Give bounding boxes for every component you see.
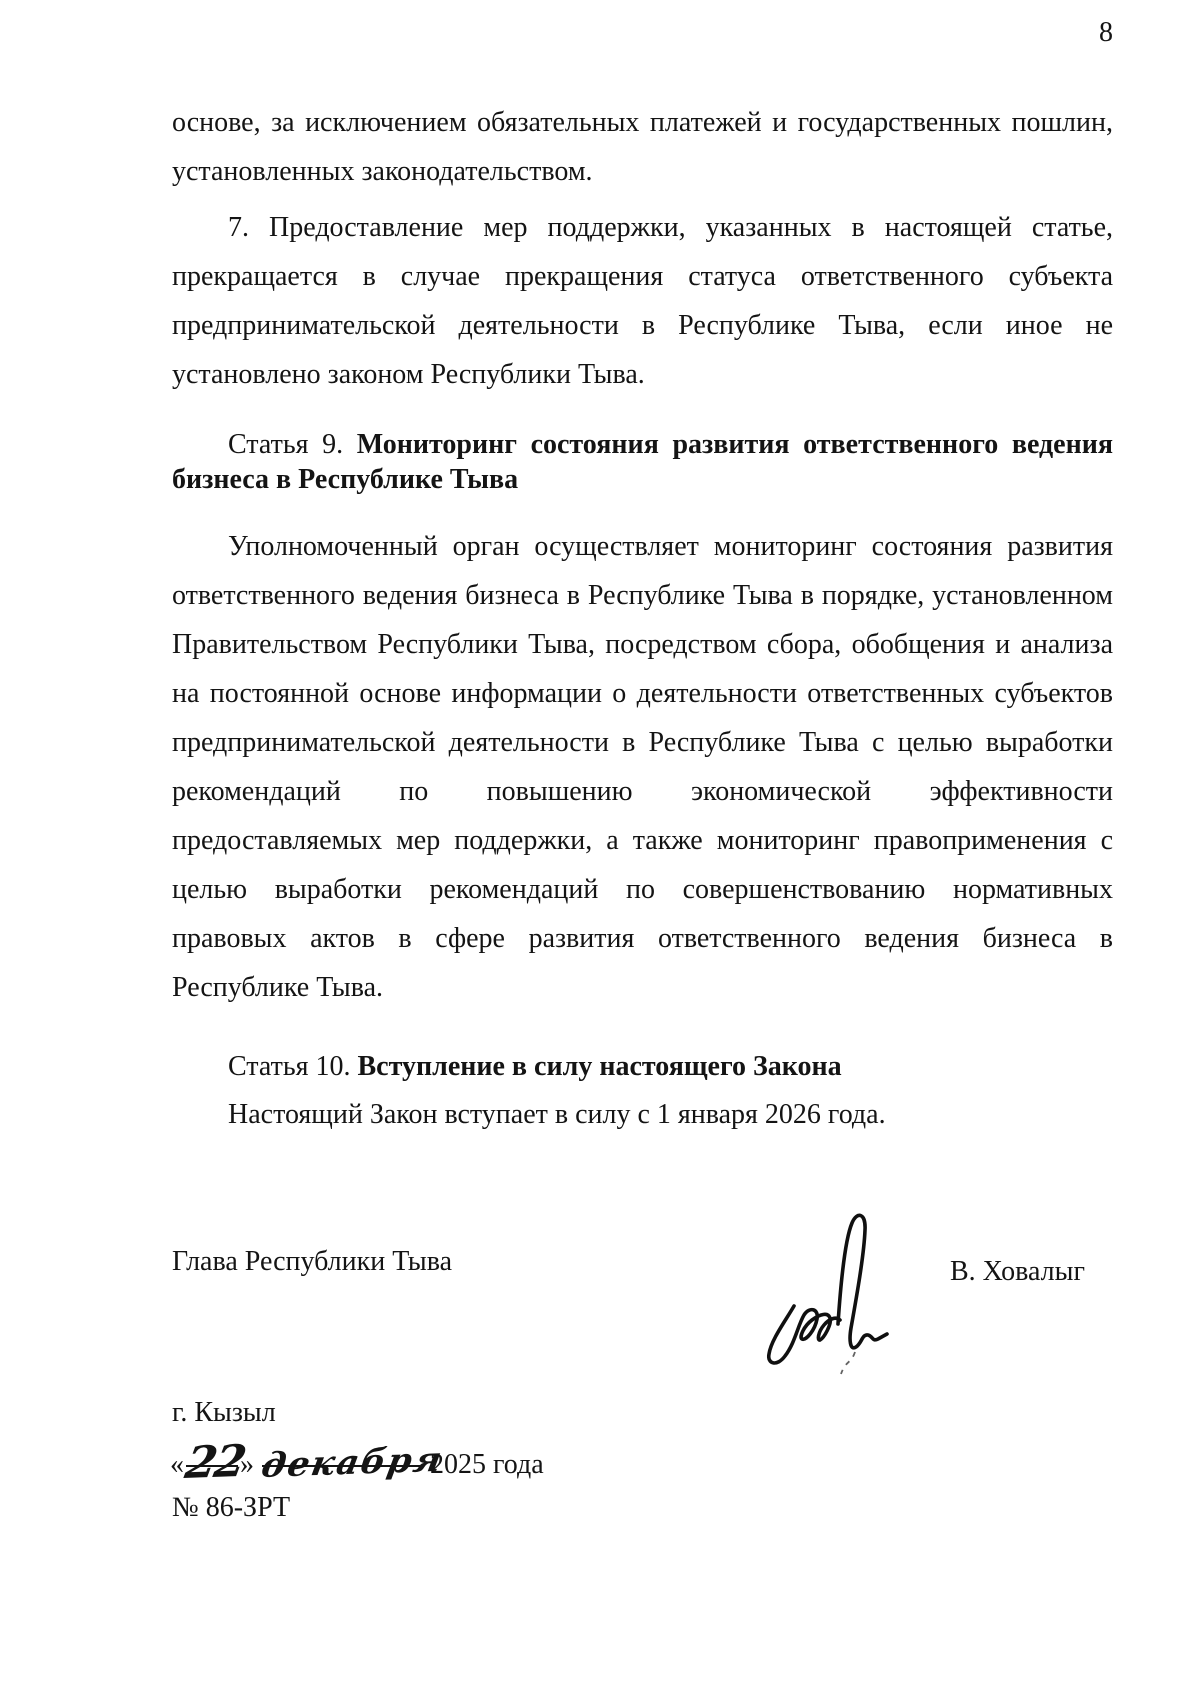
handwritten-month: декабря [262,1460,443,1466]
article-10-title: Вступление в силу настоящего Закона [357,1051,841,1082]
signer-name: В. Ховалыг [950,1247,1085,1296]
signer-position-title: Глава Республики Тыва [172,1237,452,1286]
document-date-line: «22»декабря2025 года [170,1440,544,1489]
date-month-blank: декабря [262,1462,420,1467]
handwritten-day: 22 [186,1462,244,1464]
article-10-label: Статья 10. [228,1051,350,1082]
document-number: № 86-ЗРТ [172,1483,290,1532]
date-year: 2025 года [430,1449,544,1480]
handwritten-signature-icon [758,1208,900,1376]
article-9-label: Статья 9. [228,429,343,460]
document-page: 8 основе, за исключением обязательных пл… [0,0,1200,1697]
article-9-heading: Статья 9. Мониторинг состояния развития … [172,427,1113,497]
paragraph-7: 7. Предоставление мер поддержки, указанн… [172,203,1113,399]
open-quote: « [170,1449,184,1480]
article-10-body: Настоящий Закон вступает в силу с 1 янва… [172,1090,1113,1139]
paragraph-continuation: основе, за исключением обязательных плат… [172,98,1113,196]
document-city: г. Кызыл [172,1388,276,1437]
article-9-body: Уполномоченный орган осуществляет монито… [172,522,1113,1012]
page-number: 8 [172,16,1113,50]
date-day-blank: 22 [186,1459,238,1467]
article-10-heading: Статья 10. Вступление в силу настоящего … [172,1042,1113,1091]
